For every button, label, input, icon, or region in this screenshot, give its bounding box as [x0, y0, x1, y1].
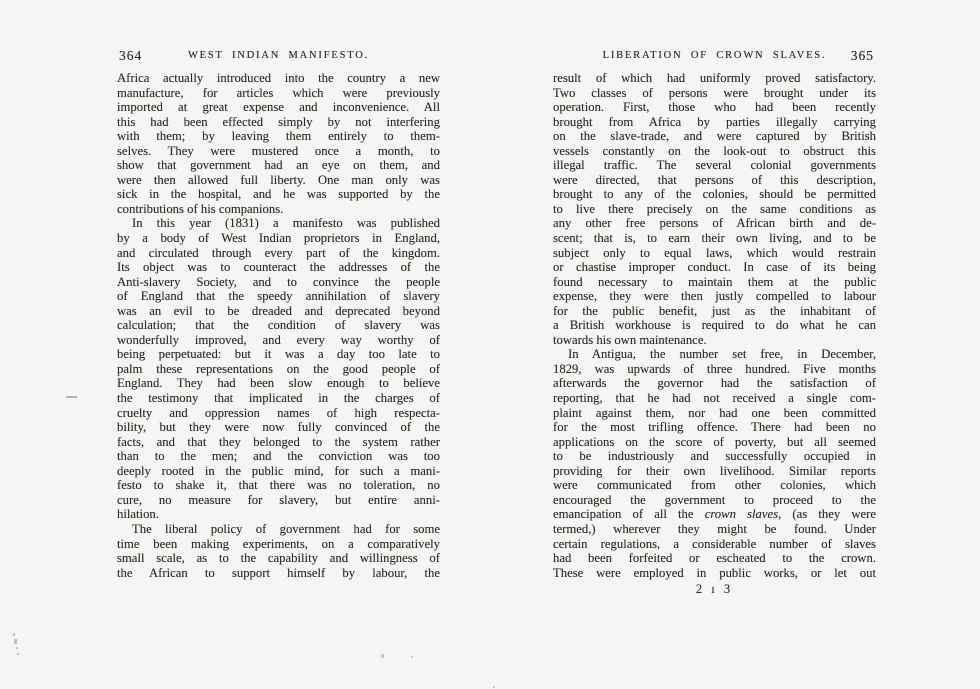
page-left-header: 364 WEST INDIAN MANIFESTO.: [117, 50, 440, 71]
text-line: afterwards the governor had the satisfac…: [553, 376, 876, 391]
scan-speck: [14, 639, 17, 644]
text-line: than to the men; and the conviction was …: [117, 449, 440, 464]
text-line: illegal traffic. The several colonial go…: [553, 158, 876, 173]
text-line: England. They had been slow enough to be…: [117, 376, 440, 391]
text-line: with them; by leaving them entirely to t…: [117, 129, 440, 144]
text-line: sick in the hospital, and he was support…: [117, 187, 440, 202]
text-line: was an evil to be dreaded and deprecated…: [117, 304, 440, 319]
text-line: providing for their own livelihood. Simi…: [553, 464, 876, 479]
text-line: The liberal policy of government had for…: [117, 522, 440, 537]
text-line: expense, they were then justly compelled…: [553, 289, 876, 304]
margin-pencil-dash: [66, 396, 77, 398]
text-line: of England that the speedy annihilation …: [117, 289, 440, 304]
text-line: this had been effected simply by not int…: [117, 115, 440, 130]
text-line: cruelty and oppression names of high res…: [117, 406, 440, 421]
running-title-right: LIBERATION OF CROWN SLAVES.: [553, 50, 876, 61]
text-line: reporting, that he had not received a si…: [553, 391, 876, 406]
text-line: for the public benefit, just as the inha…: [553, 304, 876, 319]
text-line: show that government had an eye on them,…: [117, 158, 440, 173]
page-right: LIBERATION OF CROWN SLAVES. 365 result o…: [553, 50, 876, 597]
text-line: were communicated from other colonies, w…: [553, 478, 876, 493]
text-line: to live there precisely on the same cond…: [553, 202, 876, 217]
text-line: palm these representations on the good p…: [117, 362, 440, 377]
text-line: Its object was to counteract the address…: [117, 260, 440, 275]
text-line: vessels constantly on the look-out to ob…: [553, 144, 876, 159]
text-line: selves. They were mustered once a month,…: [117, 144, 440, 159]
text-line: small scale, as to the capability and wi…: [117, 551, 440, 566]
text-line: operation. First, those who had been rec…: [553, 100, 876, 115]
text-line: were directed, that persons of this desc…: [553, 173, 876, 188]
text-line: the African to support himself by labour…: [117, 566, 440, 581]
text-line: contributions of his companions.: [117, 202, 440, 217]
text-line: encouraged the government to proceed to …: [553, 493, 876, 508]
text-line: bility, but they were now fully convince…: [117, 420, 440, 435]
scan-speck: [16, 647, 18, 649]
text-line: time been making experiments, on a compa…: [117, 537, 440, 552]
text-line: Two classes of persons were brought unde…: [553, 86, 876, 101]
text-line: Africa actually introduced into the coun…: [117, 71, 440, 86]
text-line: cure, no measure for slavery, but entire…: [117, 493, 440, 508]
text-line: Anti-slavery Society, and to convince th…: [117, 275, 440, 290]
page-right-text: result of which had uniformly proved sat…: [553, 71, 876, 580]
text-line: for the most trifling offence. There had…: [553, 420, 876, 435]
text-line: by a body of West Indian proprietors in …: [117, 231, 440, 246]
text-line: facts, and that they belonged to the sys…: [117, 435, 440, 450]
running-title-left: WEST INDIAN MANIFESTO.: [117, 50, 440, 61]
page-left: 364 WEST INDIAN MANIFESTO. Africa actual…: [117, 50, 440, 580]
text-line: brought to any of the colonies, should b…: [553, 187, 876, 202]
text-line: wonderfully improved, and every way wort…: [117, 333, 440, 348]
text-line: termed,) wherever they might be found. U…: [553, 522, 876, 537]
text-line: scent; that is, to earn their own living…: [553, 231, 876, 246]
scan-speck: [17, 653, 19, 655]
text-line: deeply rooted in the public mind, for su…: [117, 464, 440, 479]
text-line: festo to shake it, that there was no tol…: [117, 478, 440, 493]
scan-speck: [493, 686, 495, 688]
book-scan: 364 WEST INDIAN MANIFESTO. Africa actual…: [0, 0, 980, 689]
text-line: the testimony that implicated in the cha…: [117, 391, 440, 406]
text-line: any other free persons of African birth …: [553, 216, 876, 231]
text-line: found necessary to maintain them at the …: [553, 275, 876, 290]
text-line: towards his own maintenance.: [553, 333, 876, 348]
text-line: plaint against them, nor had one been co…: [553, 406, 876, 421]
text-line: to be industriously and successfully occ…: [553, 449, 876, 464]
text-line: or chastise improper conduct. In case of…: [553, 260, 876, 275]
text-line: 1829, was upwards of three hundred. Five…: [553, 362, 876, 377]
text-line: on the slave-trade, and were captured by…: [553, 129, 876, 144]
scan-speck: [411, 656, 413, 658]
text-line: certain regulations, a considerable numb…: [553, 537, 876, 552]
text-line: These were employed in public works, or …: [553, 566, 876, 581]
signature-mark: 2 ı 3: [553, 582, 876, 597]
text-line: and circulated through every part of the…: [117, 246, 440, 261]
scan-speck: [13, 633, 15, 636]
text-line: subject only to equal laws, which would …: [553, 246, 876, 261]
text-line: result of which had uniformly proved sat…: [553, 71, 876, 86]
text-line: a British workhouse is required to do wh…: [553, 318, 876, 333]
text-line: were then allowed full liberty. One man …: [117, 173, 440, 188]
text-line: In Antigua, the number set free, in Dece…: [553, 347, 876, 362]
text-line: manufacture, for articles which were pre…: [117, 86, 440, 101]
page-right-header: LIBERATION OF CROWN SLAVES. 365: [553, 50, 876, 71]
text-line: brought from Africa by parties illegally…: [553, 115, 876, 130]
text-line: had been forfeited or escheated to the c…: [553, 551, 876, 566]
text-line: applications on the score of poverty, bu…: [553, 435, 876, 450]
text-line: hilation.: [117, 507, 440, 522]
text-line: being perpetuated: but it was a day too …: [117, 347, 440, 362]
text-line: calculation; that the condition of slave…: [117, 318, 440, 333]
text-line: imported at great expense and inconvenie…: [117, 100, 440, 115]
page-left-text: Africa actually introduced into the coun…: [117, 71, 440, 580]
text-line: emancipation of all the crown slaves, (a…: [553, 507, 876, 522]
scan-speck: [381, 654, 384, 658]
page-number-right: 365: [851, 48, 874, 64]
text-line: In this year (1831) a manifesto was publ…: [117, 216, 440, 231]
